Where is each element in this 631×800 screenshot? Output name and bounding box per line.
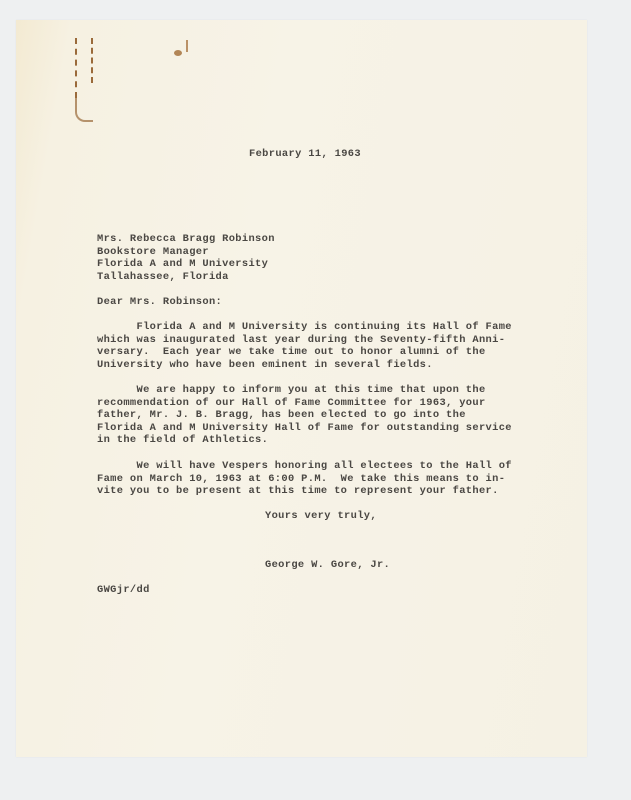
- paragraph-line: Florida A and M University is continuing…: [97, 321, 512, 334]
- rust-stain-icon: [174, 50, 182, 56]
- salutation: Dear Mrs. Robinson:: [97, 296, 222, 309]
- paragraph-line: which was inaugurated last year during t…: [97, 334, 512, 347]
- paragraph-line: University who have been eminent in seve…: [97, 359, 512, 372]
- letter-date: February 11, 1963: [249, 148, 361, 161]
- closing: Yours very truly,: [265, 510, 377, 523]
- body-paragraph: We will have Vespers honoring all electe…: [97, 460, 512, 498]
- paragraph-line: versary. Each year we take time out to h…: [97, 346, 512, 359]
- paragraph-line: We will have Vespers honoring all electe…: [97, 460, 512, 473]
- recipient-institution: Florida A and M University: [97, 258, 275, 271]
- reference-initials: GWGjr/dd: [97, 584, 150, 597]
- body-paragraph: We are happy to inform you at this time …: [97, 384, 512, 447]
- paragraph-line: Fame on March 10, 1963 at 6:00 P.M. We t…: [97, 473, 512, 486]
- paragraph-line: in the field of Athletics.: [97, 434, 512, 447]
- body-paragraph: Florida A and M University is continuing…: [97, 321, 512, 371]
- paperclip-rust-mark-icon: [91, 38, 93, 83]
- rust-stain-icon: [186, 40, 188, 52]
- signature-name: George W. Gore, Jr.: [265, 559, 390, 572]
- recipient-name: Mrs. Rebecca Bragg Robinson: [97, 233, 275, 246]
- paragraph-line: We are happy to inform you at this time …: [97, 384, 512, 397]
- paragraph-line: vite you to be present at this time to r…: [97, 485, 512, 498]
- recipient-city: Tallahassee, Florida: [97, 271, 275, 284]
- recipient-address: Mrs. Rebecca Bragg RobinsonBookstore Man…: [97, 233, 275, 283]
- paragraph-line: father, Mr. J. B. Bragg, has been electe…: [97, 409, 512, 422]
- paperclip-rust-mark-icon: [75, 38, 77, 98]
- paperclip-curve-mark-icon: [75, 98, 93, 122]
- recipient-title: Bookstore Manager: [97, 246, 275, 259]
- paragraph-line: recommendation of our Hall of Fame Commi…: [97, 397, 512, 410]
- paragraph-line: Florida A and M University Hall of Fame …: [97, 422, 512, 435]
